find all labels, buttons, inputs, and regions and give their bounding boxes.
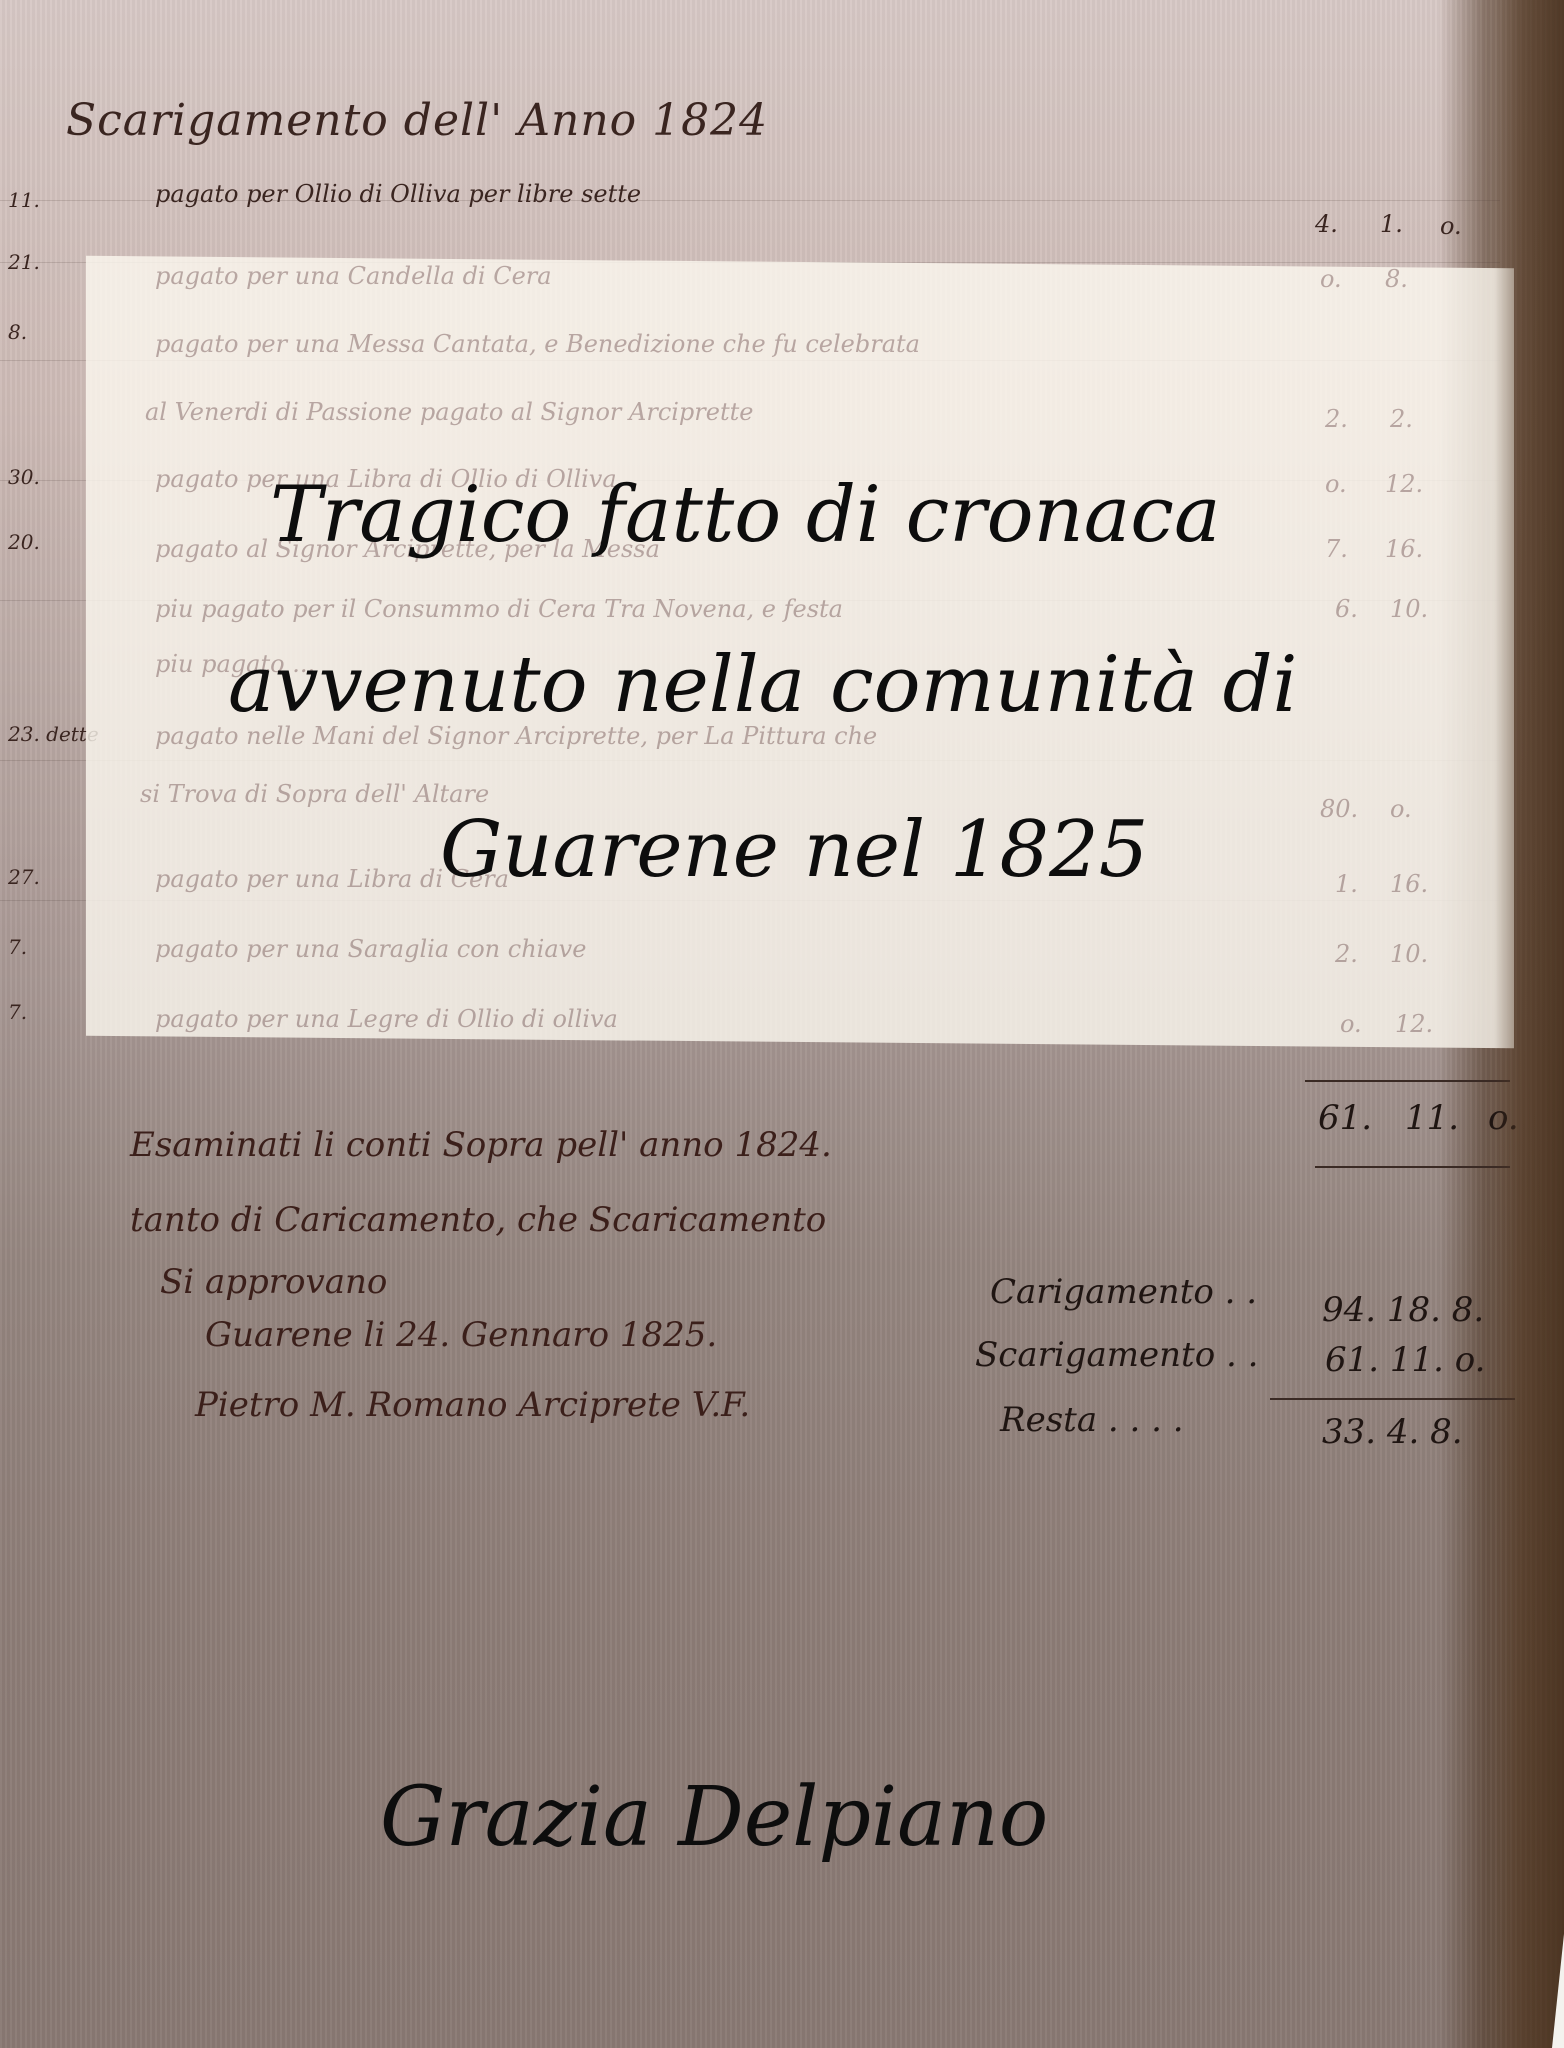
title-line-3: Guarene nel 1825 <box>440 805 1148 895</box>
ledger-amount-lire: 4. <box>1315 210 1338 238</box>
ledger-row-text: pagato per una Legre di Ollio di olliva <box>155 1005 618 1033</box>
ledger-amount-soldi: 16. <box>1385 535 1423 563</box>
approval-line-2: tanto di Caricamento, che Scaricamento <box>130 1200 826 1240</box>
ledger-amount-lire: o. <box>1320 265 1342 293</box>
ledger-row-number: 20. <box>8 530 40 554</box>
ledger-amount-lire: 1. <box>1335 870 1358 898</box>
ledger-amount-soldi: 12. <box>1395 1010 1433 1038</box>
ledger-amount-soldi: 16. <box>1390 870 1428 898</box>
ledger-row-text: pagato per Ollio di Olliva per libre set… <box>155 180 641 208</box>
ledger-row-text: pagato per una Saraglia con chiave <box>155 935 586 963</box>
ledger-row-number: 30. <box>8 465 40 489</box>
ledger-row-number: 21. <box>8 250 40 274</box>
ledger-amount-soldi: 10. <box>1390 595 1428 623</box>
total-soldi: 11. <box>1405 1098 1459 1138</box>
title-line-1: Tragico fatto di cronaca <box>270 470 1220 560</box>
summary-label-scarigamento: Scarigamento . . <box>975 1335 1258 1375</box>
total-rule-bottom <box>1315 1166 1510 1168</box>
approval-place-date: Guarene li 24. Gennaro 1825. <box>205 1315 717 1355</box>
ledger-amount-lire: o. <box>1340 1010 1362 1038</box>
approval-line-1: Esaminati li conti Sopra pell' anno 1824… <box>130 1125 832 1165</box>
book-cover: Scarigamento dell' Anno 1824 11. pagato … <box>0 0 1564 2048</box>
ledger-row-text: al Venerdi di Passione pagato al Signor … <box>145 398 753 426</box>
ledger-amount-soldi: 2. <box>1390 405 1413 433</box>
ledger-row-number: 7. <box>8 935 27 959</box>
ledger-row-number: 7. <box>8 1000 27 1024</box>
summary-label-carigamento: Carigamento . . <box>990 1272 1257 1312</box>
ledger-amount-soldi: 1. <box>1380 210 1403 238</box>
summary-label-resta: Resta . . . . <box>1000 1400 1184 1440</box>
author-name: Grazia Delpiano <box>380 1770 1048 1865</box>
ledger-amount-lire: 7. <box>1325 535 1348 563</box>
ledger-header: Scarigamento dell' Anno 1824 <box>66 95 768 146</box>
ledger-row-text: piu pagato per il Consummo di Cera Tra N… <box>155 595 843 623</box>
approval-signature: Pietro M. Romano Arciprete V.F. <box>195 1385 750 1425</box>
ledger-amount-soldi: 10. <box>1390 940 1428 968</box>
approval-line-3: Si approvano <box>160 1262 387 1302</box>
ledger-amount-lire: 2. <box>1335 940 1358 968</box>
ledger-amount-soldi: o. <box>1390 795 1412 823</box>
ledger-amount-lire: o. <box>1325 470 1347 498</box>
summary-amount-carigamento: 94. 18. 8. <box>1322 1290 1484 1330</box>
ledger-row-text: pagato per una Messa Cantata, e Benedizi… <box>155 330 920 358</box>
ledger-amount-soldi: 8. <box>1385 265 1408 293</box>
ledger-row-number: 8. <box>8 320 27 344</box>
ledger-row-text: si Trova di Sopra dell' Altare <box>140 780 489 808</box>
title-line-2: avvenuto nella comunità di <box>228 640 1298 730</box>
summary-amount-scarigamento: 61. 11. o. <box>1325 1340 1485 1380</box>
ledger-row-number: 11. <box>8 188 40 212</box>
book-spine-edge <box>1494 0 1564 2048</box>
summary-amount-resta: 33. 4. 8. <box>1322 1412 1463 1452</box>
total-lire: 61. <box>1318 1098 1372 1138</box>
ledger-amount-lire: 2. <box>1325 405 1348 433</box>
summary-rule <box>1270 1398 1515 1400</box>
ledger-amount-soldi: 12. <box>1385 470 1423 498</box>
ledger-row-number: 27. <box>8 865 40 889</box>
ledger-row-text: pagato per una Candella di Cera <box>155 262 552 290</box>
total-rule-top <box>1305 1080 1510 1082</box>
ledger-amount-lire: 6. <box>1335 595 1358 623</box>
ledger-amount-denari: o. <box>1440 212 1462 240</box>
ledger-amount-lire: 80. <box>1320 795 1358 823</box>
